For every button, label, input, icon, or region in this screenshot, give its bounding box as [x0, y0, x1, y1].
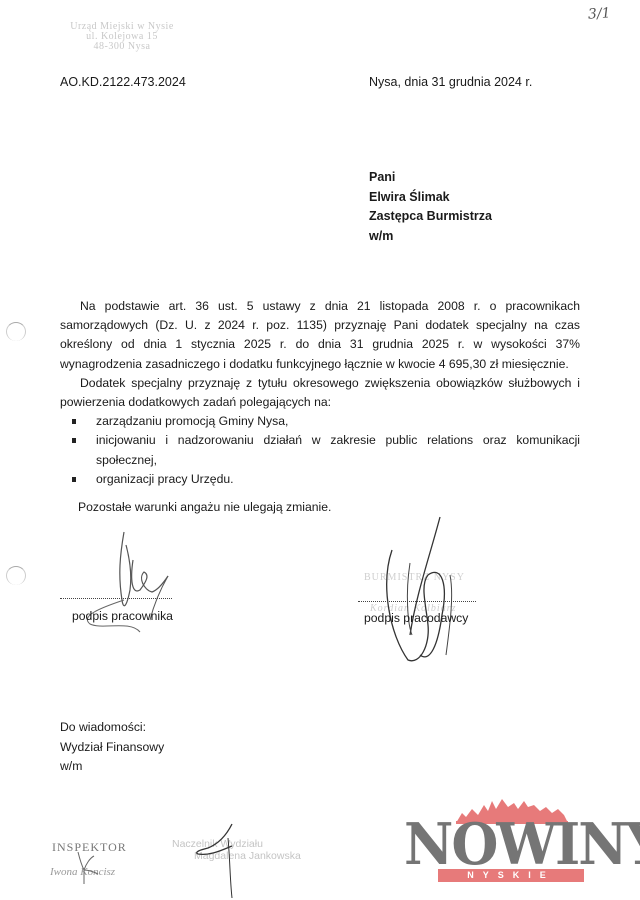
body-paragraph: Dodatek specjalny przyznaję z tytułu okr… [60, 374, 580, 412]
logo-subtitle: NYSKIE [438, 869, 584, 882]
employer-signature-icon [350, 515, 490, 675]
reference-number: AO.KD.2122.473.2024 [60, 75, 186, 89]
employer-signature-line [358, 601, 476, 602]
office-stamp-line: 48-300 Nysa [52, 42, 192, 52]
letter-body: Na podstawie art. 36 ust. 5 ustawy z dni… [60, 297, 580, 489]
place-and-date: Nysa, dnia 31 grudnia 2024 r. [369, 75, 532, 89]
employee-signature-line [60, 598, 172, 599]
employer-signature-label: podpis pracodawcy [364, 611, 468, 625]
duty-item: zarządzaniu promocją Gminy Nysa, [72, 412, 580, 431]
office-stamp: Urząd Miejski w Nysie ul. Kolejowa 15 48… [52, 22, 192, 52]
body-paragraph: Na podstawie art. 36 ust. 5 ustawy z dni… [60, 297, 580, 374]
nowiny-nyskie-watermark: NOWINY NYSKIE [404, 795, 604, 885]
inspektor-initials-icon [70, 848, 110, 888]
logo-brand: NOWINY [404, 816, 614, 873]
duty-item: inicjowaniu i nadzorowaniu działań w zak… [72, 431, 580, 469]
closing-sentence: Pozostałe warunki angażu nie ulegają zmi… [78, 500, 331, 514]
recipient-location: w/m [369, 227, 492, 247]
employee-signature-label: podpis pracownika [72, 609, 173, 623]
duty-item: organizacji pracy Urzędu. [72, 470, 580, 489]
recipient-block: Pani Elwira Ślimak Zastępca Burmistrza w… [369, 168, 492, 246]
recipient-position: Zastępca Burmistrza [369, 207, 492, 227]
cc-title: Do wiadomości: [60, 718, 164, 738]
punch-hole [6, 566, 26, 585]
cc-department: Wydział Finansowy [60, 738, 164, 758]
recipient-name: Elwira Ślimak [369, 188, 492, 208]
cc-block: Do wiadomości: Wydział Finansowy w/m [60, 718, 164, 777]
naczelnik-initials-icon [180, 820, 260, 900]
duties-list: zarządzaniu promocją Gminy Nysa, inicjow… [60, 412, 580, 489]
cc-location: w/m [60, 757, 164, 777]
punch-hole [6, 322, 26, 341]
page-number-handwritten: 3/1 [587, 5, 611, 23]
recipient-salutation: Pani [369, 168, 492, 188]
